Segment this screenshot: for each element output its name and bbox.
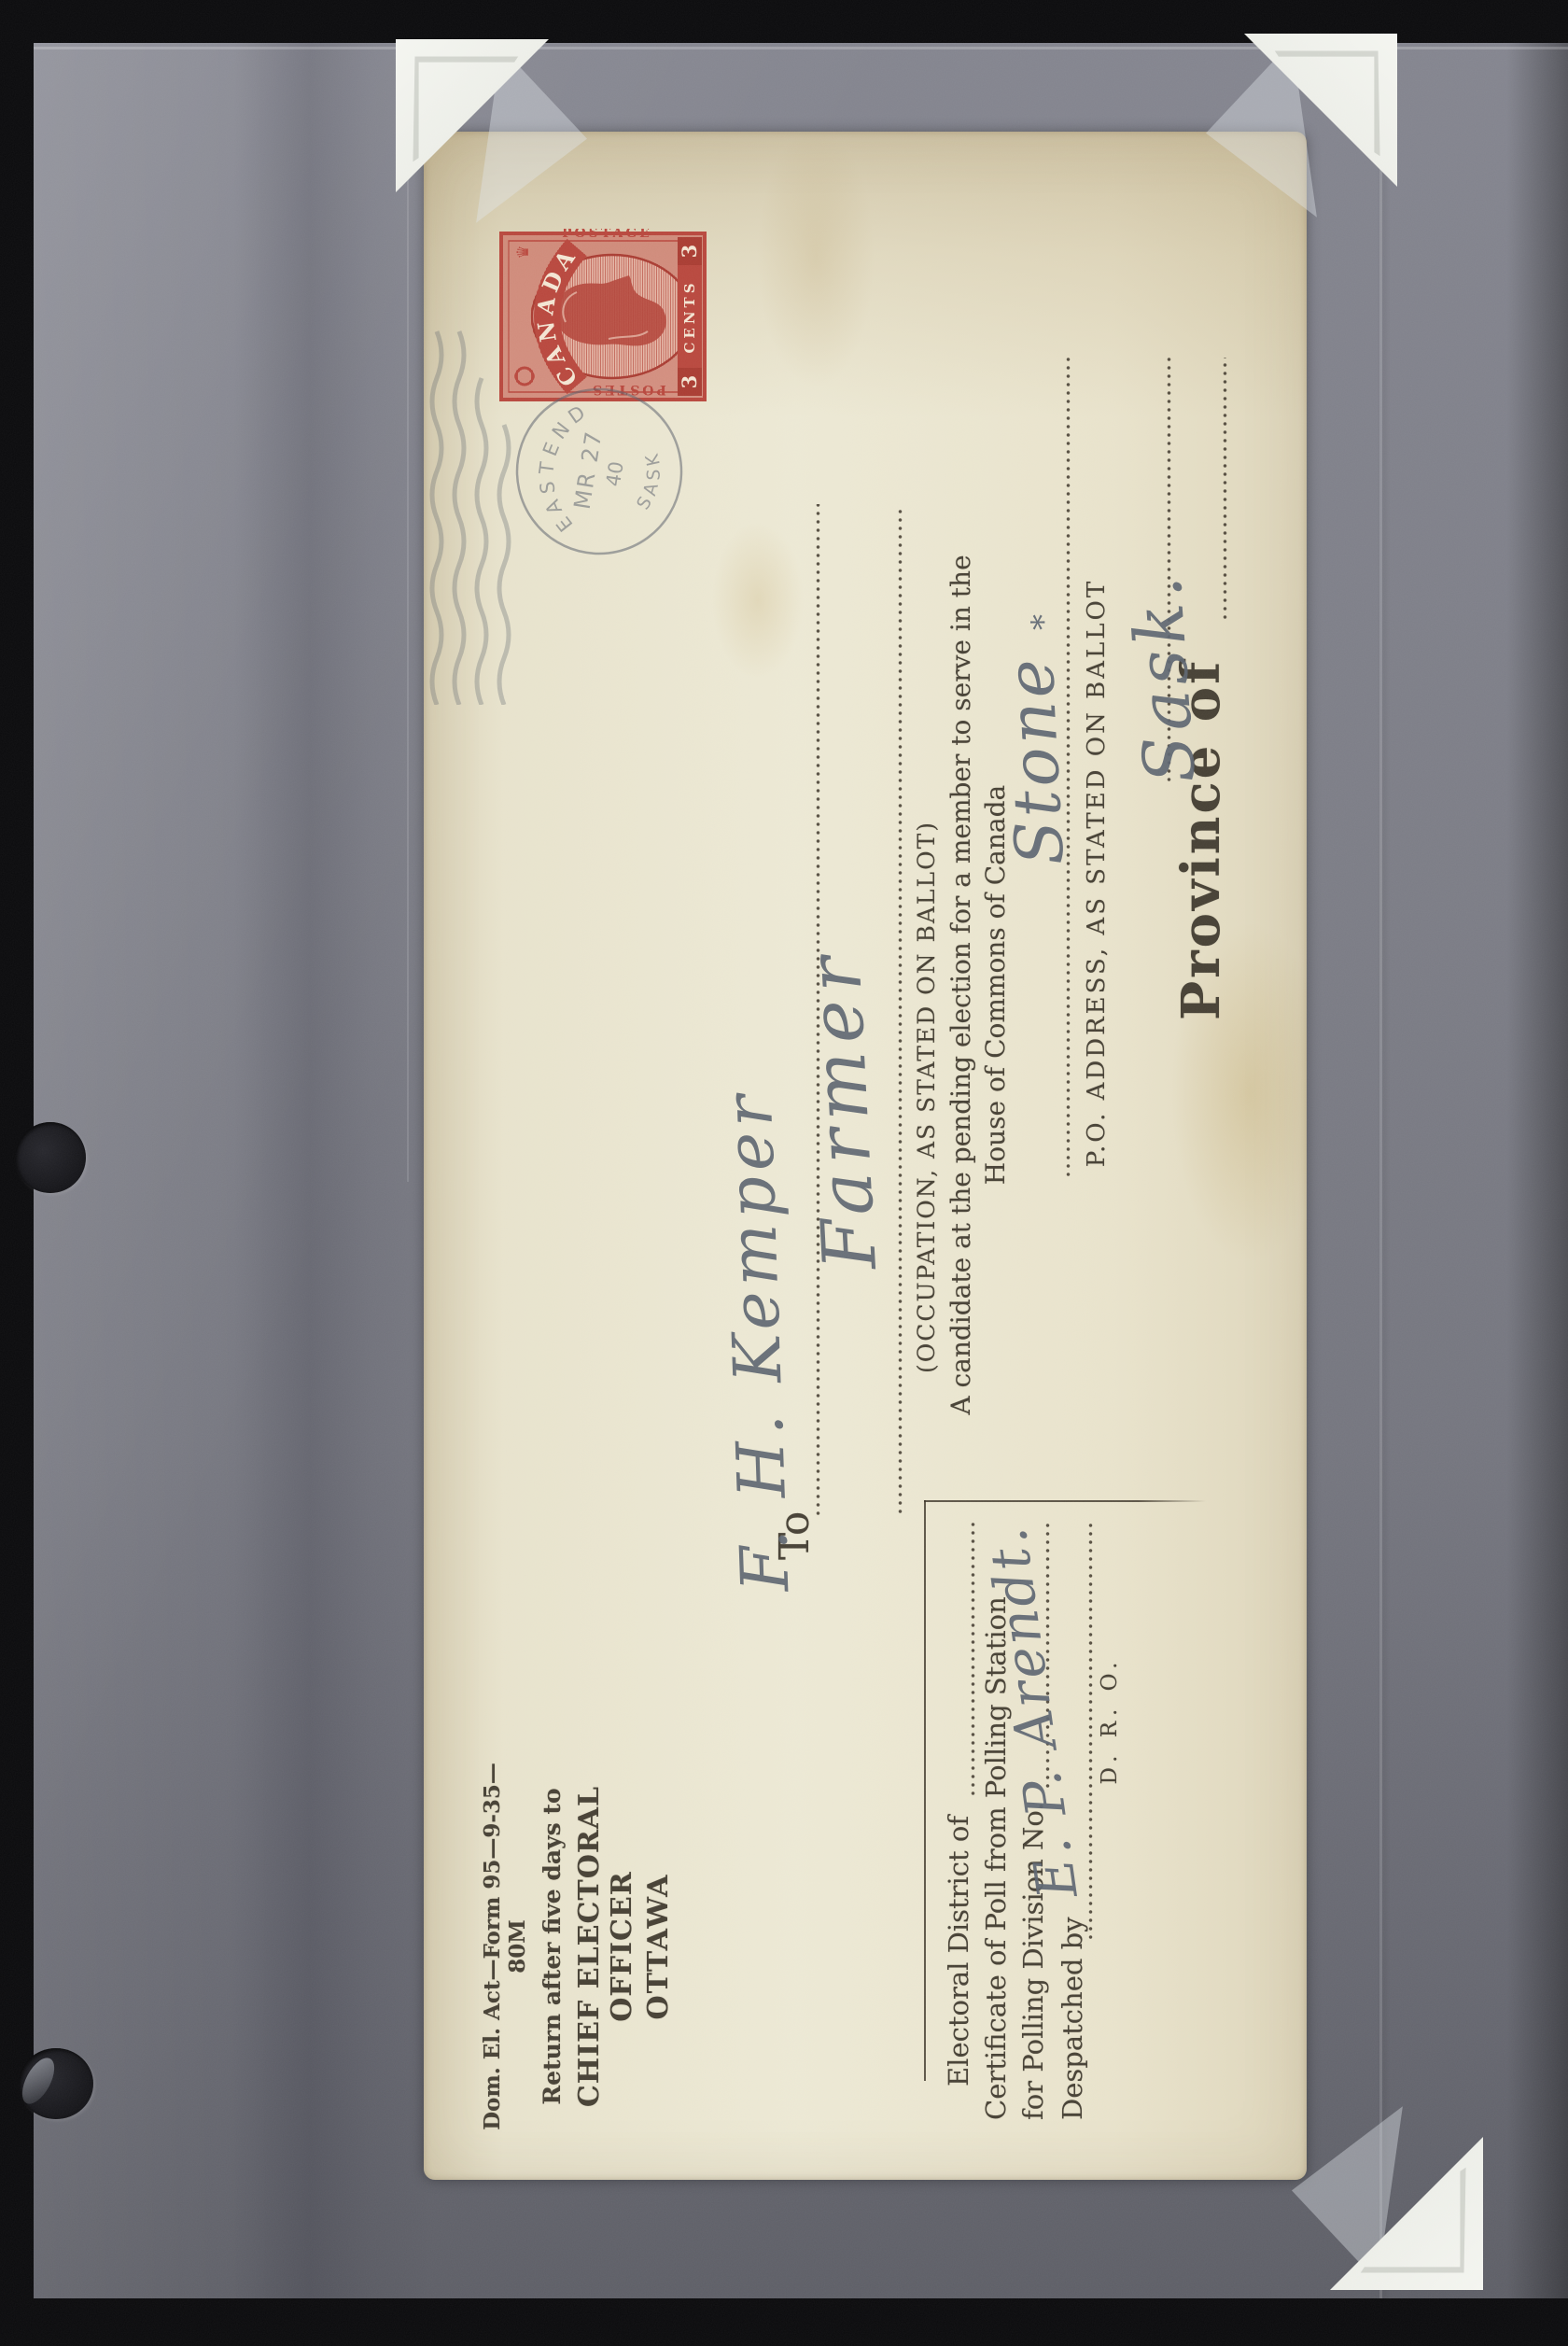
asterisk-mark: *: [1025, 614, 1062, 630]
form-number: Dom. El. Act—Form 95—9-35—80M: [480, 1739, 530, 2154]
stamp-cents-text: CENTS: [681, 279, 698, 353]
occupation-caption: (OCCUPATION, AS STATED ON BALLOT): [913, 780, 940, 1414]
binder-hole-top: [15, 1122, 86, 1193]
photo-corner-bottom-right: [1292, 2099, 1483, 2290]
po-caption: P.O. ADDRESS, AS STATED ON BALLOT: [1083, 499, 1111, 1246]
postmark-year: 40: [602, 460, 628, 488]
occupation-dotted-line: [898, 507, 903, 1513]
sleeve-crease: [1379, 43, 1382, 2298]
photo-corner-top-right: [1206, 34, 1397, 225]
stamp-denom-right: 3: [678, 245, 701, 259]
photo-corner-top-left: [396, 39, 587, 231]
postmark-province: SASK: [632, 444, 669, 514]
corner-card: Dom. El. Act—Form 95—9-35—80M Return aft…: [480, 1739, 675, 2154]
binder-ring-glint: [16, 2053, 61, 2109]
district-dotted-line: [971, 1519, 975, 1795]
despatched-dotted-line: [1088, 1519, 1093, 1939]
postmark-date: MR 27: [569, 428, 608, 512]
return-instruction: Return after five days to: [539, 1739, 566, 2154]
binder-hole-bottom: [19, 2048, 93, 2119]
dro-label: D. R. O.: [1098, 1608, 1122, 1833]
poll-box-top-rule: [924, 1500, 926, 2081]
crown-icon: ♛: [514, 245, 533, 259]
addressee-city: OTTAWA: [642, 1739, 675, 2154]
addressee-office: CHIEF ELECTORAL OFFICER: [573, 1739, 638, 2154]
handwritten-name: F. H. Kemper: [710, 1089, 805, 1593]
postmark: EASTEND SASK MR 27 40: [493, 365, 707, 579]
province-dotted-line: [1223, 358, 1227, 619]
handwritten-po-address: Stone: [991, 653, 1079, 867]
album-photo: CANADA POSTAGE POSTES 3 3 CENTS ♛ EASTE: [0, 0, 1568, 2346]
poll-box-right-rule: [924, 1500, 1206, 1502]
handwritten-province: Sask.: [1116, 569, 1211, 786]
poll-box-line-4: Despatched by: [1057, 1917, 1088, 2120]
handwritten-occupation: Farmer: [792, 947, 893, 1271]
stamp-denom-left: 3: [678, 375, 701, 389]
envelope-face: CANADA POSTAGE POSTES 3 3 CENTS ♛ EASTE: [424, 132, 1307, 2180]
envelope: CANADA POSTAGE POSTES 3 3 CENTS ♛ EASTE: [424, 132, 1307, 2180]
candidate-line-1: A candidate at the pending election for …: [944, 518, 978, 1452]
sleeve-crease-left: [407, 155, 409, 1182]
poll-box-line-1: Electoral District of: [943, 1816, 974, 2086]
